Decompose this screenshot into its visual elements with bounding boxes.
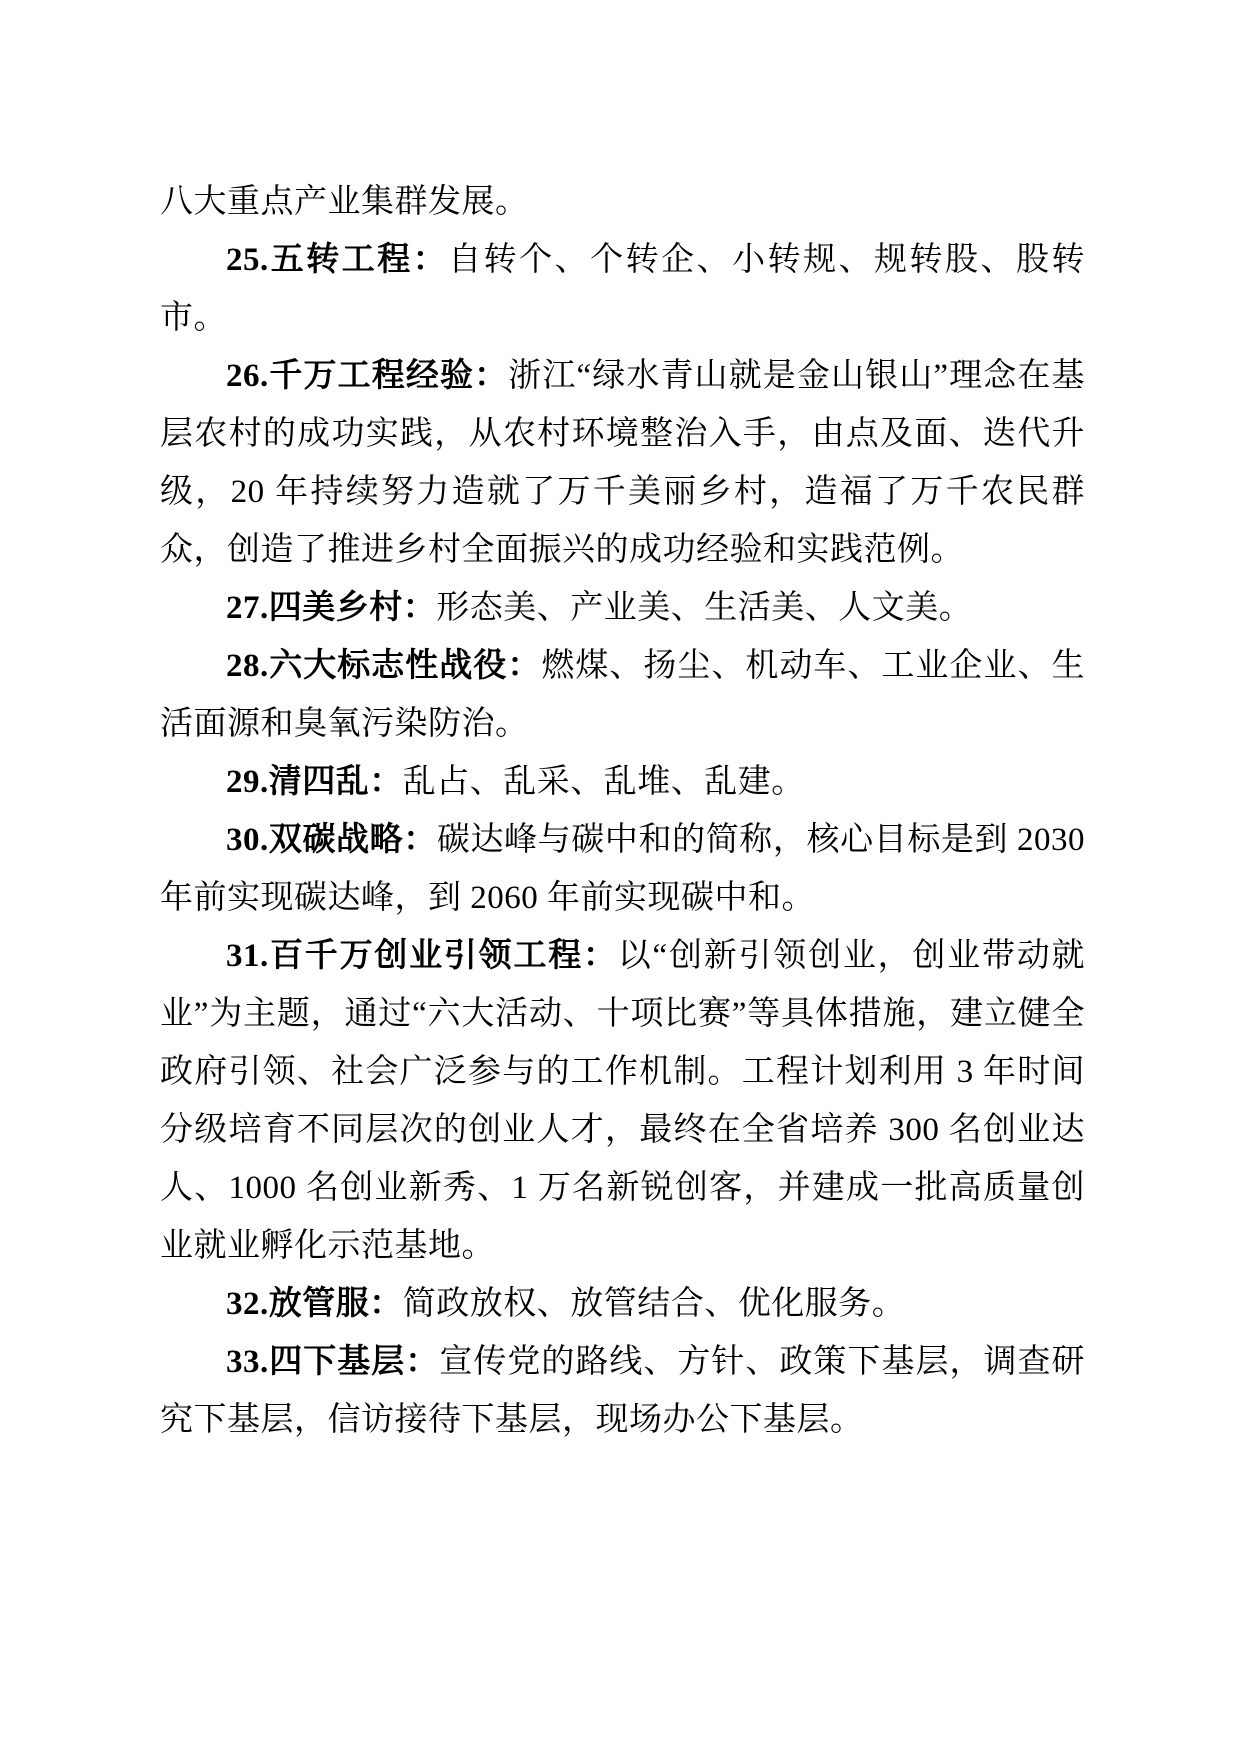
item-text: 八大重点产业集群发展。 [160,184,529,220]
item-text: 简政放权、放管结合、优化服务。 [403,1286,906,1322]
document-body: 八大重点产业集群发展。 25.五转工程：自转个、个转企、小转规、规转股、股转市。… [160,173,1085,1449]
paragraph-item-32: 32.放管服：简政放权、放管结合、优化服务。 [160,1275,1085,1333]
paragraph-item-29: 29.清四乱：乱占、乱采、乱堆、乱建。 [160,753,1085,811]
paragraph-item-27: 27.四美乡村：形态美、产业美、生活美、人文美。 [160,579,1085,637]
paragraph-item-26: 26.千万工程经验：浙江“绿水青山就是金山银山”理念在基层农村的成功实践，从农村… [160,347,1085,579]
paragraph-item-28: 28.六大标志性战役：燃煤、扬尘、机动车、工业企业、生活面源和臭氧污染防治。 [160,637,1085,753]
document-page: 八大重点产业集群发展。 25.五转工程：自转个、个转企、小转规、规转股、股转市。… [0,0,1240,1753]
item-label: 33.四下基层： [226,1344,439,1380]
item-text: 乱占、乱采、乱堆、乱建。 [403,764,805,800]
paragraph-item-33: 33.四下基层：宣传党的路线、方针、政策下基层，调查研究下基层，信访接待下基层，… [160,1333,1085,1449]
item-label: 28.六大标志性战役： [226,648,541,684]
paragraph-item-31: 31.百千万创业引领工程：以“创新引领创业，创业带动就业”为主题，通过“六大活动… [160,927,1085,1275]
item-label: 32.放管服： [226,1286,403,1322]
item-label: 31.百千万创业引领工程： [226,938,618,974]
paragraph-continuation: 八大重点产业集群发展。 [160,173,1085,231]
item-label: 27.四美乡村： [226,590,436,626]
item-label: 25.五转工程： [226,242,448,278]
item-label: 26.千万工程经验： [226,358,508,394]
item-text: 以“创新引领创业，创业带动就业”为主题，通过“六大活动、十项比赛”等具体措施，建… [160,938,1085,1264]
paragraph-item-30: 30.双碳战略：碳达峰与碳中和的简称，核心目标是到 2030 年前实现碳达峰，到… [160,811,1085,927]
item-label: 30.双碳战略： [226,822,437,858]
item-label: 29.清四乱： [226,764,403,800]
paragraph-item-25: 25.五转工程：自转个、个转企、小转规、规转股、股转市。 [160,231,1085,347]
item-text: 形态美、产业美、生活美、人文美。 [436,590,972,626]
